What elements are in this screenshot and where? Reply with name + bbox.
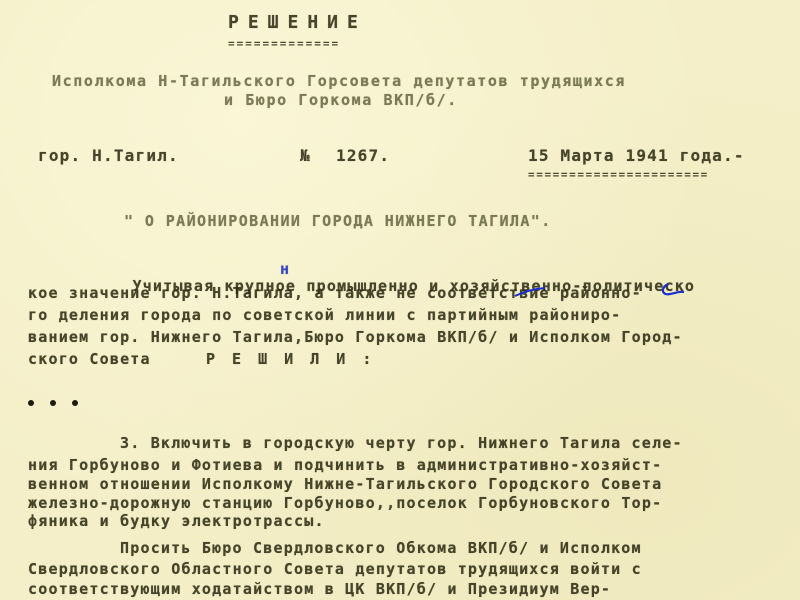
ink-correction-stroke-1 [513, 284, 547, 300]
ink-correction-letter: н [280, 262, 290, 277]
preamble-line-2: кое значение гор. Н.Тагила, а также не с… [28, 286, 642, 301]
request-line-3: соответствующим ходатайством в ЦК ВКП/б/… [28, 582, 611, 597]
ellipsis-dot [50, 400, 56, 406]
document-title: РЕШЕНИЕ [228, 14, 367, 32]
document-subject: " О РАЙОНИРОВАНИИ ГОРОДА НИЖНЕГО ТАГИЛА"… [124, 214, 552, 229]
number-label: № [300, 148, 311, 164]
request-line-1: Просить Бюро Свердловского Обкома ВКП/б/… [120, 541, 642, 556]
omission-ellipsis [28, 391, 94, 410]
document-place: гор. Н.Тагил. [38, 148, 179, 164]
preamble-line-4: ванием гор. Нижнего Тагила,Бюро Горкома … [28, 330, 683, 345]
preamble-line-3: го деления города по советской линии с п… [28, 308, 621, 323]
request-line-2: Свердловского Областного Совета депутато… [28, 562, 642, 577]
ink-correction-stroke-2 [656, 280, 686, 300]
resolved-heading: Р Е Ш И Л И : [206, 352, 375, 367]
document-date: 15 Марта 1941 года.- [528, 148, 745, 164]
ellipsis-dot [28, 400, 34, 406]
item-3-line-4: железно-дорожную станцию Горбуново,,посе… [28, 496, 662, 511]
item-3-line-3: венном отношении Исполкому Нижне-Тагильс… [28, 477, 662, 492]
issuer-line-1: Исполкома Н-Тагильского Горсовета депута… [52, 74, 626, 89]
date-underline: ====================== [528, 168, 709, 181]
document-number: 1267. [336, 148, 390, 164]
item-3-line-5: фяника и будку электротрассы. [28, 514, 325, 529]
item-3-line-2: ния Горбуново и Фотиева и подчинить в ад… [28, 458, 662, 473]
item-3-line-1: 3. Включить в городскую черту гор. Нижне… [120, 436, 683, 451]
issuer-line-2: и Бюро Горкома ВКП/б/. [224, 93, 458, 108]
title-underline: ============= [228, 37, 340, 50]
preamble-line-5: ского Совета [28, 352, 151, 367]
ellipsis-dot [72, 400, 78, 406]
